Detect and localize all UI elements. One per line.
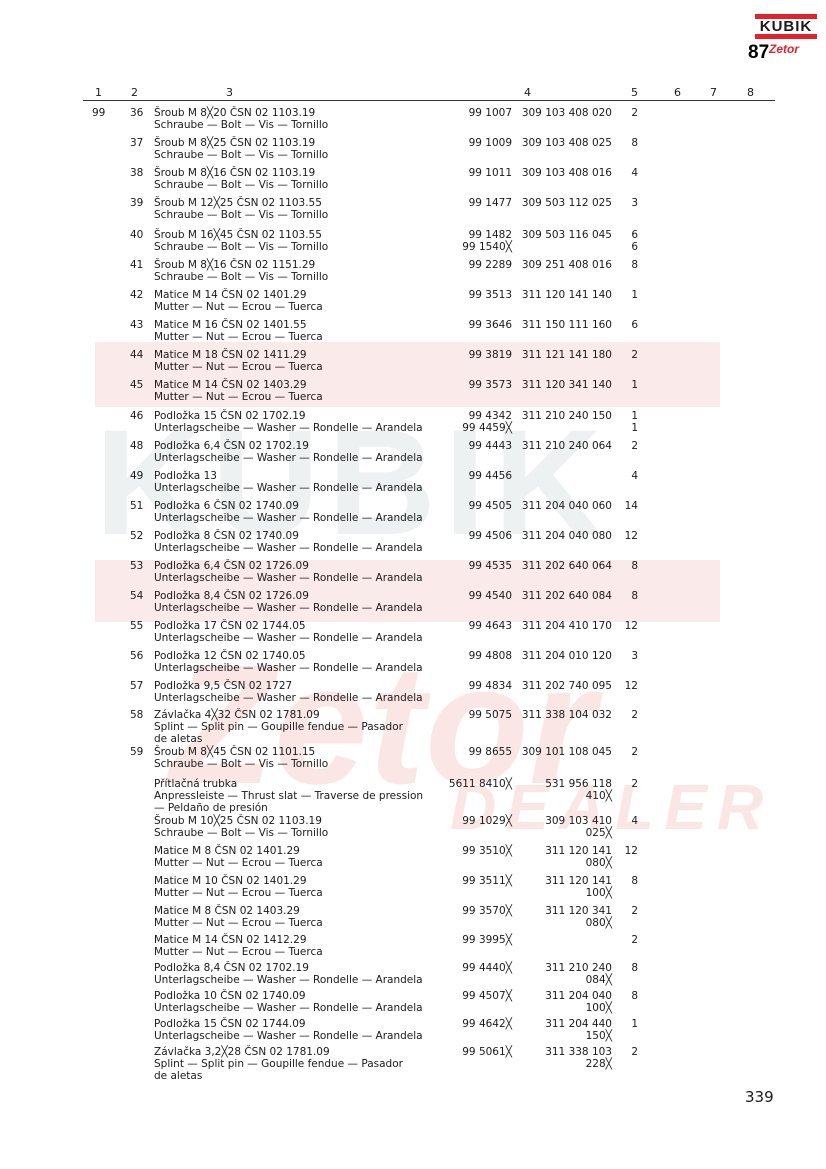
description-line: Unterlagscheibe — Washer — Rondelle — Ar… xyxy=(154,482,444,494)
description-line: Podložka 12 ČSN 02 1740.05 xyxy=(154,650,444,662)
catalog-number: 309 503 116 045 xyxy=(520,229,612,241)
catalog-number: 311 204 040 080 xyxy=(520,530,612,542)
quantity-line: 2 xyxy=(618,934,638,946)
position-number: 45 xyxy=(130,379,143,391)
description-line: Unterlagscheibe — Washer — Rondelle — Ar… xyxy=(154,662,444,674)
quantity-line: 3 xyxy=(618,197,638,209)
position-number: 57 xyxy=(130,680,143,692)
quantity: 4 xyxy=(618,815,638,827)
quantity-line: 8 xyxy=(618,590,638,602)
part-code: 99 3995╳ xyxy=(444,934,512,946)
quantity-line: 1 xyxy=(618,422,638,434)
group-number: 99 xyxy=(92,107,105,119)
part-code: 99 4506 xyxy=(444,530,512,542)
position-number: 54 xyxy=(130,590,143,602)
description-line: Anpressleiste — Thrust slat — Traverse d… xyxy=(154,790,444,802)
description-line: Mutter — Nut — Ecrou — Tuerca xyxy=(154,361,444,373)
part-code: 99 3570╳ xyxy=(444,905,512,917)
description-line: Schraube — Bolt — Vis — Tornillo xyxy=(154,827,444,839)
part-description: Přítlačná trubkaAnpressleiste — Thrust s… xyxy=(154,778,444,814)
position-number: 58 xyxy=(130,709,143,721)
quantity: 2 xyxy=(618,905,638,917)
quantity-line: 6 xyxy=(618,319,638,331)
quantity-line: 2 xyxy=(618,709,638,721)
part-description: Šroub M 8╳45 ČSN 02 1101.15Schraube — Bo… xyxy=(154,746,444,770)
quantity-line: 8 xyxy=(618,962,638,974)
position-number: 37 xyxy=(130,137,143,149)
part-description: Matice M 14 ČSN 02 1401.29Mutter — Nut —… xyxy=(154,289,444,313)
part-description: Podložka 10 ČSN 02 1740.09Unterlagscheib… xyxy=(154,990,444,1014)
description-line: Podložka 8,4 ČSN 02 1702.19 xyxy=(154,962,444,974)
description-line: Schraube — Bolt — Vis — Tornillo xyxy=(154,209,444,221)
catalog-number: 309 103 410 025╳ xyxy=(520,815,612,839)
quantity: 3 xyxy=(618,197,638,209)
part-code-line: 99 3819 xyxy=(444,349,512,361)
quantity: 8 xyxy=(618,875,638,887)
part-code-line: 99 3513 xyxy=(444,289,512,301)
part-code-line: 99 3995╳ xyxy=(444,934,512,946)
catalog-number: 311 120 141 140 xyxy=(520,289,612,301)
part-description: Šroub M 8╳16 ČSN 02 1103.19Schraube — Bo… xyxy=(154,167,444,191)
description-line: Unterlagscheibe — Washer — Rondelle — Ar… xyxy=(154,422,444,434)
catalog-number: 309 103 408 020 xyxy=(520,107,612,119)
position-number: 44 xyxy=(130,349,143,361)
page-number: 339 xyxy=(745,1088,774,1106)
part-description: Šroub M 12╳25 ČSN 02 1103.55Schraube — B… xyxy=(154,197,444,221)
description-line: Mutter — Nut — Ecrou — Tuerca xyxy=(154,331,444,343)
part-description: Matice M 8 ČSN 02 1401.29Mutter — Nut — … xyxy=(154,845,444,869)
part-description: Šroub M 16╳45 ČSN 02 1103.55Schraube — B… xyxy=(154,229,444,253)
header-col-3: 3 xyxy=(226,86,233,99)
part-code-line: 99 4642╳ xyxy=(444,1018,512,1030)
quantity: 2 xyxy=(618,746,638,758)
quantity: 1 xyxy=(618,289,638,301)
quantity: 8 xyxy=(618,990,638,1002)
part-description: Závlačka 3,2╳28 ČSN 02 1781.09Splint — S… xyxy=(154,1046,444,1082)
catalog-number: 311 210 240 084╳ xyxy=(520,962,612,986)
logo-brand: KUBIK xyxy=(755,19,817,34)
quantity-line: 14 xyxy=(618,500,638,512)
part-code: 99 4834 xyxy=(444,680,512,692)
part-description: Matice M 14 ČSN 02 1412.29Mutter — Nut —… xyxy=(154,934,444,958)
description-line: Unterlagscheibe — Washer — Rondelle — Ar… xyxy=(154,542,444,554)
part-description: Podložka 15 ČSN 02 1702.19Unterlagscheib… xyxy=(154,410,444,434)
catalog-number: 311 204 440 150╳ xyxy=(520,1018,612,1042)
quantity-line: 8 xyxy=(618,137,638,149)
header-col-7: 7 xyxy=(710,86,717,99)
part-code: 99 4642╳ xyxy=(444,1018,512,1030)
part-code: 99 4505 xyxy=(444,500,512,512)
description-line: — Peldaño de presión xyxy=(154,802,444,814)
header-col-8: 8 xyxy=(747,86,754,99)
description-line: Unterlagscheibe — Washer — Rondelle — Ar… xyxy=(154,452,444,464)
description-line: Unterlagscheibe — Washer — Rondelle — Ar… xyxy=(154,1030,444,1042)
quantity-line: 2 xyxy=(618,778,638,790)
quantity: 3 xyxy=(618,650,638,662)
part-code: 99 1011 xyxy=(444,167,512,179)
description-line: Podložka 8 ČSN 02 1740.09 xyxy=(154,530,444,542)
quantity-line: 8 xyxy=(618,259,638,271)
quantity-line: 8 xyxy=(618,560,638,572)
quantity-line: 2 xyxy=(618,1046,638,1058)
description-line: Matice M 8 ČSN 02 1403.29 xyxy=(154,905,444,917)
part-code: 99 8655 xyxy=(444,746,512,758)
position-number: 40 xyxy=(130,229,143,241)
part-description: Podložka 6 ČSN 02 1740.09Unterlagscheibe… xyxy=(154,500,444,524)
description-line: Šroub M 8╳45 ČSN 02 1101.15 xyxy=(154,746,444,758)
description-line: Šroub M 16╳45 ČSN 02 1103.55 xyxy=(154,229,444,241)
part-code: 99 3646 xyxy=(444,319,512,331)
position-number: 56 xyxy=(130,650,143,662)
catalog-number: 311 338 103 228╳ xyxy=(520,1046,612,1070)
quantity-line: 1 xyxy=(618,379,638,391)
part-code: 99 4808 xyxy=(444,650,512,662)
description-line: Šroub M 12╳25 ČSN 02 1103.55 xyxy=(154,197,444,209)
part-description: Podložka 8 ČSN 02 1740.09Unterlagscheibe… xyxy=(154,530,444,554)
header-col-6: 6 xyxy=(674,86,681,99)
quantity: 8 xyxy=(618,137,638,149)
description-line: Závlačka 4╳32 ČSN 02 1781.09 xyxy=(154,709,444,721)
description-line: Šroub M 8╳16 ČSN 02 1103.19 xyxy=(154,167,444,179)
description-line: Závlačka 3,2╳28 ČSN 02 1781.09 xyxy=(154,1046,444,1058)
part-code-line: 99 3573 xyxy=(444,379,512,391)
part-code-line: 99 8655 xyxy=(444,746,512,758)
position-number: 49 xyxy=(130,470,143,482)
quantity-line: 1 xyxy=(618,410,638,422)
description-line: Unterlagscheibe — Washer — Rondelle — Ar… xyxy=(154,572,444,584)
part-code-line: 99 4808 xyxy=(444,650,512,662)
quantity-line: 2 xyxy=(618,746,638,758)
position-number: 41 xyxy=(130,259,143,271)
description-line: Splint — Split pin — Goupille fendue — P… xyxy=(154,1058,444,1070)
catalog-number: 311 338 104 032 xyxy=(520,709,612,721)
description-line: Mutter — Nut — Ecrou — Tuerca xyxy=(154,917,444,929)
part-description: Podložka 8,4 ČSN 02 1726.09Unterlagschei… xyxy=(154,590,444,614)
part-code-line: 99 3570╳ xyxy=(444,905,512,917)
position-number: 38 xyxy=(130,167,143,179)
catalog-number: 311 121 141 180 xyxy=(520,349,612,361)
part-code: 99 4535 xyxy=(444,560,512,572)
part-code-line: 99 5075 xyxy=(444,709,512,721)
quantity-line: 12 xyxy=(618,620,638,632)
part-code-line: 99 4643 xyxy=(444,620,512,632)
part-code-line: 99 1011 xyxy=(444,167,512,179)
catalog-number: 531 956 118 410╳ xyxy=(520,778,612,802)
quantity-line: 2 xyxy=(618,349,638,361)
part-code: 99 4507╳ xyxy=(444,990,512,1002)
quantity: 2 xyxy=(618,107,638,119)
quantity-line: 2 xyxy=(618,440,638,452)
part-code: 99 148299 1540╳ xyxy=(444,229,512,253)
description-line: Mutter — Nut — Ecrou — Tuerca xyxy=(154,887,444,899)
part-description: Podložka 12 ČSN 02 1740.05Unterlagscheib… xyxy=(154,650,444,674)
quantity: 2 xyxy=(618,440,638,452)
part-code: 99 4456 xyxy=(444,470,512,482)
kubik-logo: KUBIK Zetor xyxy=(755,14,817,39)
position-number: 52 xyxy=(130,530,143,542)
catalog-number: 309 103 408 016 xyxy=(520,167,612,179)
part-description: Podložka 9,5 ČSN 02 1727Unterlagscheibe … xyxy=(154,680,444,704)
catalog-number: 311 120 141 100╳ xyxy=(520,875,612,899)
part-code-line: 99 3511╳ xyxy=(444,875,512,887)
position-number: 53 xyxy=(130,560,143,572)
part-code: 99 3819 xyxy=(444,349,512,361)
description-line: Přítlačná trubka xyxy=(154,778,444,790)
part-code: 99 1029╳ xyxy=(444,815,512,827)
description-line: Matice M 16 ČSN 02 1401.55 xyxy=(154,319,444,331)
quantity: 6 xyxy=(618,319,638,331)
part-code-line: 99 4535 xyxy=(444,560,512,572)
part-code: 99 3511╳ xyxy=(444,875,512,887)
description-line: Unterlagscheibe — Washer — Rondelle — Ar… xyxy=(154,692,444,704)
position-number: 55 xyxy=(130,620,143,632)
part-code-line: 99 4440╳ xyxy=(444,962,512,974)
part-code: 99 4443 xyxy=(444,440,512,452)
part-code-line: 99 4506 xyxy=(444,530,512,542)
description-line: Unterlagscheibe — Washer — Rondelle — Ar… xyxy=(154,602,444,614)
quantity: 2 xyxy=(618,934,638,946)
part-description: Matice M 18 ČSN 02 1411.29Mutter — Nut —… xyxy=(154,349,444,373)
description-line: Podložka 8,4 ČSN 02 1726.09 xyxy=(154,590,444,602)
quantity-line: 6 xyxy=(618,229,638,241)
part-description: Podložka 17 ČSN 02 1744.05Unterlagscheib… xyxy=(154,620,444,644)
catalog-number: 311 202 740 095 xyxy=(520,680,612,692)
description-line: Matice M 18 ČSN 02 1411.29 xyxy=(154,349,444,361)
header-col-5: 5 xyxy=(631,86,638,99)
description-line: Podložka 6,4 ČSN 02 1726.09 xyxy=(154,560,444,572)
catalog-number: 311 204 040 100╳ xyxy=(520,990,612,1014)
description-line: Podložka 17 ČSN 02 1744.05 xyxy=(154,620,444,632)
part-code: 99 3513 xyxy=(444,289,512,301)
description-line: Matice M 14 ČSN 02 1403.29 xyxy=(154,379,444,391)
description-line: Podložka 13 xyxy=(154,470,444,482)
part-code-line: 99 1007 xyxy=(444,107,512,119)
description-line: Matice M 14 ČSN 02 1412.29 xyxy=(154,934,444,946)
quantity: 8 xyxy=(618,962,638,974)
part-description: Šroub M 8╳16 ČSN 02 1151.29Schraube — Bo… xyxy=(154,259,444,283)
part-code: 99 4540 xyxy=(444,590,512,602)
part-description: Podložka 6,4 ČSN 02 1726.09Unterlagschei… xyxy=(154,560,444,584)
quantity: 2 xyxy=(618,778,638,790)
part-code: 99 1007 xyxy=(444,107,512,119)
quantity: 2 xyxy=(618,349,638,361)
quantity-line: 1 xyxy=(618,1018,638,1030)
part-code-line: 99 4507╳ xyxy=(444,990,512,1002)
quantity: 4 xyxy=(618,167,638,179)
part-description: Podložka 6,4 ČSN 02 1702.19Unterlagschei… xyxy=(154,440,444,464)
description-line: Matice M 8 ČSN 02 1401.29 xyxy=(154,845,444,857)
part-code-line: 99 1540╳ xyxy=(444,241,512,253)
quantity: 8 xyxy=(618,259,638,271)
part-code: 99 3573 xyxy=(444,379,512,391)
description-line: Mutter — Nut — Ecrou — Tuerca xyxy=(154,301,444,313)
part-code-line: 99 1477 xyxy=(444,197,512,209)
catalog-number: 311 204 010 120 xyxy=(520,650,612,662)
part-code: 5611 8410╳ xyxy=(444,778,512,790)
quantity-line: 2 xyxy=(618,107,638,119)
description-line: Mutter — Nut — Ecrou — Tuerca xyxy=(154,857,444,869)
part-description: Matice M 14 ČSN 02 1403.29Mutter — Nut —… xyxy=(154,379,444,403)
quantity: 66 xyxy=(618,229,638,253)
quantity: 12 xyxy=(618,680,638,692)
part-code: 99 4643 xyxy=(444,620,512,632)
description-line: Schraube — Bolt — Vis — Tornillo xyxy=(154,149,444,161)
part-description: Podložka 15 ČSN 02 1744.09Unterlagscheib… xyxy=(154,1018,444,1042)
quantity-line: 4 xyxy=(618,470,638,482)
quantity-line: 8 xyxy=(618,990,638,1002)
description-line: Unterlagscheibe — Washer — Rondelle — Ar… xyxy=(154,632,444,644)
quantity-line: 6 xyxy=(618,241,638,253)
description-line: Schraube — Bolt — Vis — Tornillo xyxy=(154,179,444,191)
part-code-line: 99 1029╳ xyxy=(444,815,512,827)
part-code-line: 99 4834 xyxy=(444,680,512,692)
part-code-line: 99 3510╳ xyxy=(444,845,512,857)
position-number: 48 xyxy=(130,440,143,452)
position-number: 46 xyxy=(130,410,143,422)
part-description: Šroub M 10╳25 ČSN 02 1103.19Schraube — B… xyxy=(154,815,444,839)
part-code-line: 99 4505 xyxy=(444,500,512,512)
quantity-line: 12 xyxy=(618,845,638,857)
part-code-line: 99 3646 xyxy=(444,319,512,331)
description-line: Šroub M 8╳25 ČSN 02 1103.19 xyxy=(154,137,444,149)
position-number: 39 xyxy=(130,197,143,209)
catalog-number: 309 503 112 025 xyxy=(520,197,612,209)
part-code: 99 5061╳ xyxy=(444,1046,512,1058)
description-line: Matice M 10 ČSN 02 1401.29 xyxy=(154,875,444,887)
description-line: Unterlagscheibe — Washer — Rondelle — Ar… xyxy=(154,512,444,524)
part-code-line: 99 4459╳ xyxy=(444,422,512,434)
description-line: Mutter — Nut — Ecrou — Tuerca xyxy=(154,391,444,403)
catalog-number: 311 204 410 170 xyxy=(520,620,612,632)
part-code: 99 434299 4459╳ xyxy=(444,410,512,434)
part-description: Podložka 13Unterlagscheibe — Washer — Ro… xyxy=(154,470,444,494)
description-line: Schraube — Bolt — Vis — Tornillo xyxy=(154,119,444,131)
quantity: 8 xyxy=(618,560,638,572)
catalog-number: 311 150 111 160 xyxy=(520,319,612,331)
quantity: 1 xyxy=(618,379,638,391)
quantity-line: 8 xyxy=(618,875,638,887)
position-number: 36 xyxy=(130,107,143,119)
quantity: 12 xyxy=(618,620,638,632)
part-description: Šroub M 8╳20 ČSN 02 1103.19Schraube — Bo… xyxy=(154,107,444,131)
part-code-line: 5611 8410╳ xyxy=(444,778,512,790)
quantity: 2 xyxy=(618,1046,638,1058)
description-line: Šroub M 8╳20 ČSN 02 1103.19 xyxy=(154,107,444,119)
header-rule xyxy=(83,100,775,101)
quantity-line: 4 xyxy=(618,167,638,179)
position-number: 42 xyxy=(130,289,143,301)
logo-zetor: Zetor xyxy=(769,42,799,56)
description-line: Schraube — Bolt — Vis — Tornillo xyxy=(154,271,444,283)
description-line: de aletas xyxy=(154,733,444,745)
catalog-number: 311 210 240 064 xyxy=(520,440,612,452)
quantity-line: 3 xyxy=(618,650,638,662)
part-code: 99 5075 xyxy=(444,709,512,721)
quantity-line: 12 xyxy=(618,680,638,692)
description-line: Šroub M 8╳16 ČSN 02 1151.29 xyxy=(154,259,444,271)
quantity-line: 12 xyxy=(618,530,638,542)
part-description: Podložka 8,4 ČSN 02 1702.19Unterlagschei… xyxy=(154,962,444,986)
part-code-line: 99 1482 xyxy=(444,229,512,241)
description-line: Podložka 6,4 ČSN 02 1702.19 xyxy=(154,440,444,452)
quantity-line: 1 xyxy=(618,289,638,301)
part-code-line: 99 4456 xyxy=(444,470,512,482)
quantity: 14 xyxy=(618,500,638,512)
catalog-number: 309 251 408 016 xyxy=(520,259,612,271)
quantity-line: 2 xyxy=(618,905,638,917)
catalog-number: 311 202 640 084 xyxy=(520,590,612,602)
part-code: 99 1009 xyxy=(444,137,512,149)
part-code: 99 4440╳ xyxy=(444,962,512,974)
quantity-line: 4 xyxy=(618,815,638,827)
quantity: 2 xyxy=(618,709,638,721)
description-line: Podložka 10 ČSN 02 1740.09 xyxy=(154,990,444,1002)
position-number: 51 xyxy=(130,500,143,512)
part-code: 99 3510╳ xyxy=(444,845,512,857)
description-line: Matice M 14 ČSN 02 1401.29 xyxy=(154,289,444,301)
catalog-number: 311 120 141 080╳ xyxy=(520,845,612,869)
header-col-1: 1 xyxy=(95,86,102,99)
page-top-number: 87 xyxy=(748,42,769,64)
quantity: 4 xyxy=(618,470,638,482)
description-line: Mutter — Nut — Ecrou — Tuerca xyxy=(154,946,444,958)
position-number: 59 xyxy=(130,746,143,758)
description-line: Podložka 15 ČSN 02 1702.19 xyxy=(154,410,444,422)
description-line: Šroub M 10╳25 ČSN 02 1103.19 xyxy=(154,815,444,827)
catalog-number: 311 204 040 060 xyxy=(520,500,612,512)
catalog-number: 309 101 108 045 xyxy=(520,746,612,758)
part-code: 99 2289 xyxy=(444,259,512,271)
description-line: de aletas xyxy=(154,1070,444,1082)
catalog-number: 309 103 408 025 xyxy=(520,137,612,149)
part-code-line: 99 4540 xyxy=(444,590,512,602)
part-code: 99 1477 xyxy=(444,197,512,209)
quantity: 1 xyxy=(618,1018,638,1030)
description-line: Unterlagscheibe — Washer — Rondelle — Ar… xyxy=(154,1002,444,1014)
part-code-line: 99 1009 xyxy=(444,137,512,149)
catalog-number: 311 120 341 140 xyxy=(520,379,612,391)
part-code-line: 99 4443 xyxy=(444,440,512,452)
description-line: Podložka 6 ČSN 02 1740.09 xyxy=(154,500,444,512)
part-description: Matice M 8 ČSN 02 1403.29Mutter — Nut — … xyxy=(154,905,444,929)
part-code-line: 99 2289 xyxy=(444,259,512,271)
description-line: Schraube — Bolt — Vis — Tornillo xyxy=(154,241,444,253)
description-line: Podložka 15 ČSN 02 1744.09 xyxy=(154,1018,444,1030)
part-description: Šroub M 8╳25 ČSN 02 1103.19Schraube — Bo… xyxy=(154,137,444,161)
quantity: 11 xyxy=(618,410,638,434)
header-col-4: 4 xyxy=(524,86,531,99)
part-description: Závlačka 4╳32 ČSN 02 1781.09Splint — Spl… xyxy=(154,709,444,745)
quantity: 12 xyxy=(618,845,638,857)
quantity: 8 xyxy=(618,590,638,602)
part-description: Matice M 16 ČSN 02 1401.55Mutter — Nut —… xyxy=(154,319,444,343)
quantity: 12 xyxy=(618,530,638,542)
catalog-number: 311 202 640 064 xyxy=(520,560,612,572)
description-line: Unterlagscheibe — Washer — Rondelle — Ar… xyxy=(154,974,444,986)
catalog-number: 311 120 341 080╳ xyxy=(520,905,612,929)
description-line: Schraube — Bolt — Vis — Tornillo xyxy=(154,758,444,770)
header-col-2: 2 xyxy=(131,86,138,99)
description-line: Splint — Split pin — Goupille fendue — P… xyxy=(154,721,444,733)
part-description: Matice M 10 ČSN 02 1401.29Mutter — Nut —… xyxy=(154,875,444,899)
part-code-line: 99 4342 xyxy=(444,410,512,422)
position-number: 43 xyxy=(130,319,143,331)
description-line: Podložka 9,5 ČSN 02 1727 xyxy=(154,680,444,692)
part-code-line: 99 5061╳ xyxy=(444,1046,512,1058)
catalog-number: 311 210 240 150 xyxy=(520,410,612,422)
